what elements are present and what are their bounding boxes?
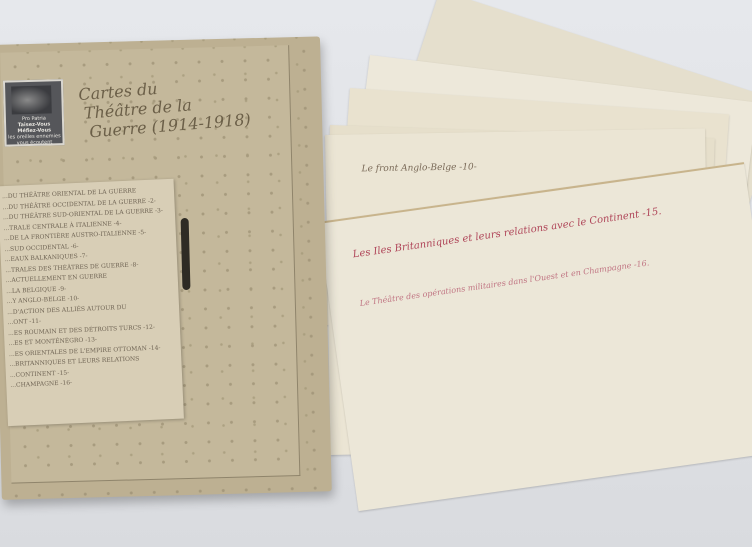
folder-cover: Cartes du Théâtre de la Guerre (1914-191… — [0, 45, 300, 483]
handwritten-line-3: Le Théâtre des opérations militaires dan… — [359, 258, 650, 308]
map-folder: Cartes du Théâtre de la Guerre (1914-191… — [0, 36, 332, 499]
propaganda-stamp: Pro Patria Taisez-Vous Méfiez-Vous les o… — [3, 79, 65, 147]
paper-sheet-front: Les Iles Britanniques et leurs relations… — [318, 162, 752, 511]
table-of-contents-label: ...DU THÉÂTRE ORIENTAL DE LA GUERRE ...D… — [0, 179, 184, 426]
handwritten-line-2: Les Iles Britanniques et leurs relations… — [352, 206, 662, 260]
photo-scene: Le front Anglo-Belge -10- Les Iles Brita… — [0, 0, 752, 547]
handwritten-line-1: Le front Anglo-Belge -10- — [362, 162, 477, 174]
soldier-portrait-icon — [11, 85, 52, 114]
